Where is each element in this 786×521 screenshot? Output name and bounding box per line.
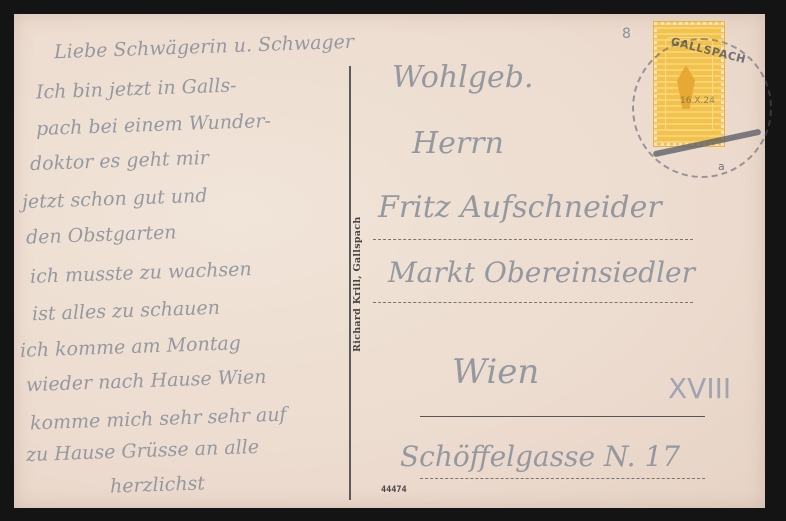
address-line-1: [373, 239, 693, 240]
address-line-4: [420, 478, 705, 479]
pencil-mark: 8: [622, 26, 631, 42]
message-line: herzlichst: [110, 472, 206, 497]
address-locality: Markt Obereinsiedler: [388, 256, 695, 289]
postmark-date: 16.X.24: [680, 96, 715, 106]
catalog-number: 44474: [381, 485, 407, 495]
address-line-2: [373, 302, 693, 303]
postmark-letter: a: [718, 160, 725, 173]
center-divider-line: [349, 66, 351, 500]
address-street: Schöffelgasse N. 17: [400, 440, 680, 473]
address-title: Herrn: [412, 126, 504, 161]
postmark-circle: [632, 38, 772, 178]
publisher-imprint: Richard Krill, Gallspach: [352, 216, 363, 352]
address-line-3: [420, 416, 705, 417]
address-city: Wien: [452, 352, 539, 392]
address-district: XVIII: [668, 372, 731, 405]
address-salutation: Wohlgeb.: [392, 60, 533, 95]
address-name: Fritz Aufschneider: [378, 190, 662, 225]
